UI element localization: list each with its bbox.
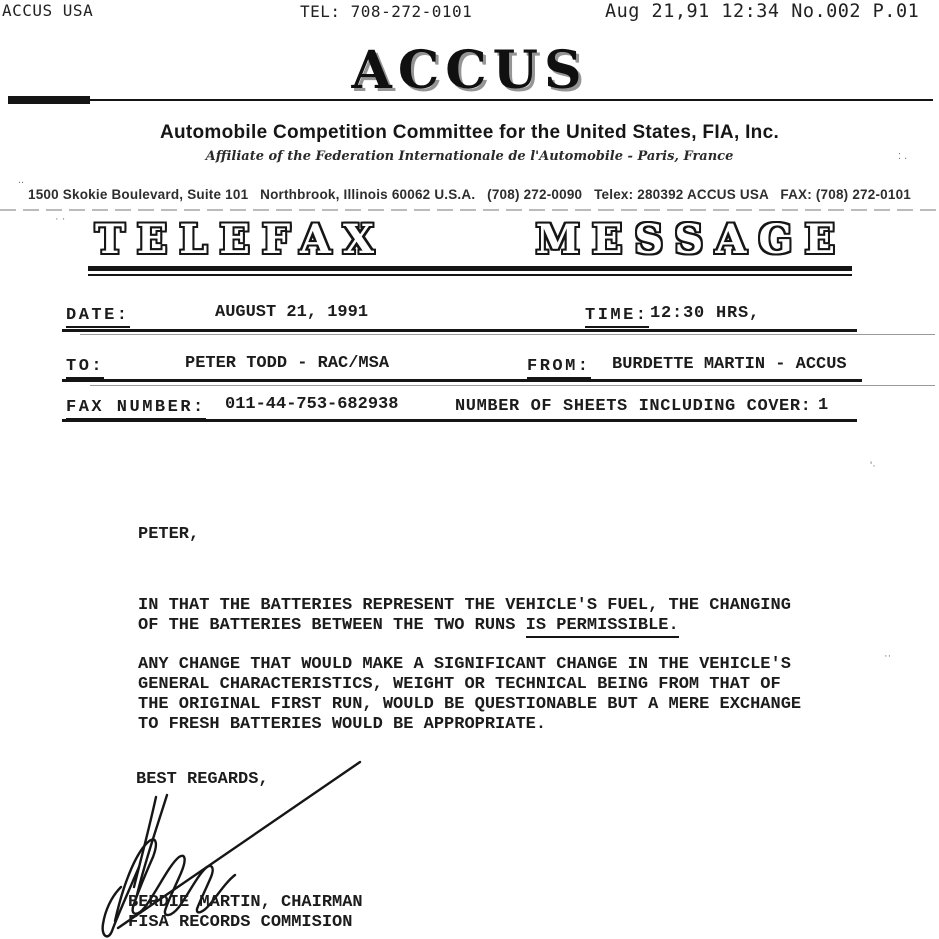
address-line: 1500 Skokie Boulevard, Suite 101 Northbr…	[0, 187, 939, 202]
salutation: PETER,	[138, 525, 199, 544]
fax-document-page: { "fax_transmission_header": { "sender_i…	[0, 0, 939, 939]
date-value: AUGUST 21, 1991	[215, 303, 368, 322]
from-label: FROM:	[527, 357, 591, 379]
underlined-phrase: IS PERMISSIBLE.	[526, 616, 679, 638]
form-row3-rule	[62, 419, 857, 422]
body-line: ANY CHANGE THAT WOULD MAKE A SIGNIFICANT…	[138, 655, 791, 674]
scan-speck: ··	[884, 650, 891, 662]
body-line: TO FRESH BATTERIES WOULD BE APPROPRIATE.	[138, 715, 546, 734]
to-value: PETER TODD - RAC/MSA	[185, 354, 389, 373]
banner-word-message: MESSAGE	[536, 216, 847, 263]
scan-speck: : .	[898, 150, 907, 162]
form-row1-rule-shadow	[80, 334, 935, 335]
body-line-plain-part: OF THE BATTERIES BETWEEN THE TWO RUNS	[138, 616, 526, 635]
accus-logo: ACCUS	[0, 40, 939, 101]
body-line: THE ORIGINAL FIRST RUN, WOULD BE QUESTIO…	[138, 695, 801, 714]
scan-speck: · ·	[55, 213, 65, 225]
signature-name: BERDIE MARTIN, CHAIRMAN	[128, 893, 363, 912]
time-value: 12:30 HRS,	[650, 304, 760, 323]
from-value: BURDETTE MARTIN - ACCUS	[612, 355, 847, 374]
fax-timestamp-line: Aug 21,91 12:34 No.002 P.01	[605, 1, 919, 22]
to-label: TO:	[66, 357, 104, 379]
telefax-banner: TELEFAX MESSAGE	[95, 216, 847, 263]
form-row1-rule	[62, 329, 857, 332]
form-row2-rule	[62, 379, 862, 382]
organization-name: Automobile Competition Committee for the…	[0, 122, 939, 144]
fax-sender-id: ACCUS USA	[2, 1, 93, 20]
address-divider-rule	[0, 209, 939, 211]
banner-thick-rule	[88, 266, 852, 276]
banner-word-telefax: TELEFAX	[95, 216, 386, 263]
affiliation-line: Affiliate of the Federation Internationa…	[0, 149, 939, 164]
signature-title: FISA RECORDS COMMISION	[128, 913, 352, 932]
fax-tel-line: TEL: 708-272-0101	[300, 2, 472, 21]
form-row2-rule-shadow	[90, 385, 935, 386]
time-label: TIME:	[585, 306, 649, 328]
sheets-value: 1	[818, 396, 828, 415]
scan-speck: '·	[870, 460, 876, 472]
sheets-label: NUMBER OF SHEETS INCLUDING COVER:	[455, 397, 811, 416]
fax-number-label: FAX NUMBER:	[66, 398, 206, 420]
fax-number-value: 011-44-753-682938	[225, 395, 398, 414]
date-label: DATE:	[66, 306, 130, 328]
body-line: IN THAT THE BATTERIES REPRESENT THE VEHI…	[138, 596, 791, 615]
scan-speck: ..	[18, 174, 24, 186]
body-line: GENERAL CHARACTERISTICS, WEIGHT OR TECHN…	[138, 675, 781, 694]
body-line-with-underline: OF THE BATTERIES BETWEEN THE TWO RUNS IS…	[138, 616, 679, 635]
